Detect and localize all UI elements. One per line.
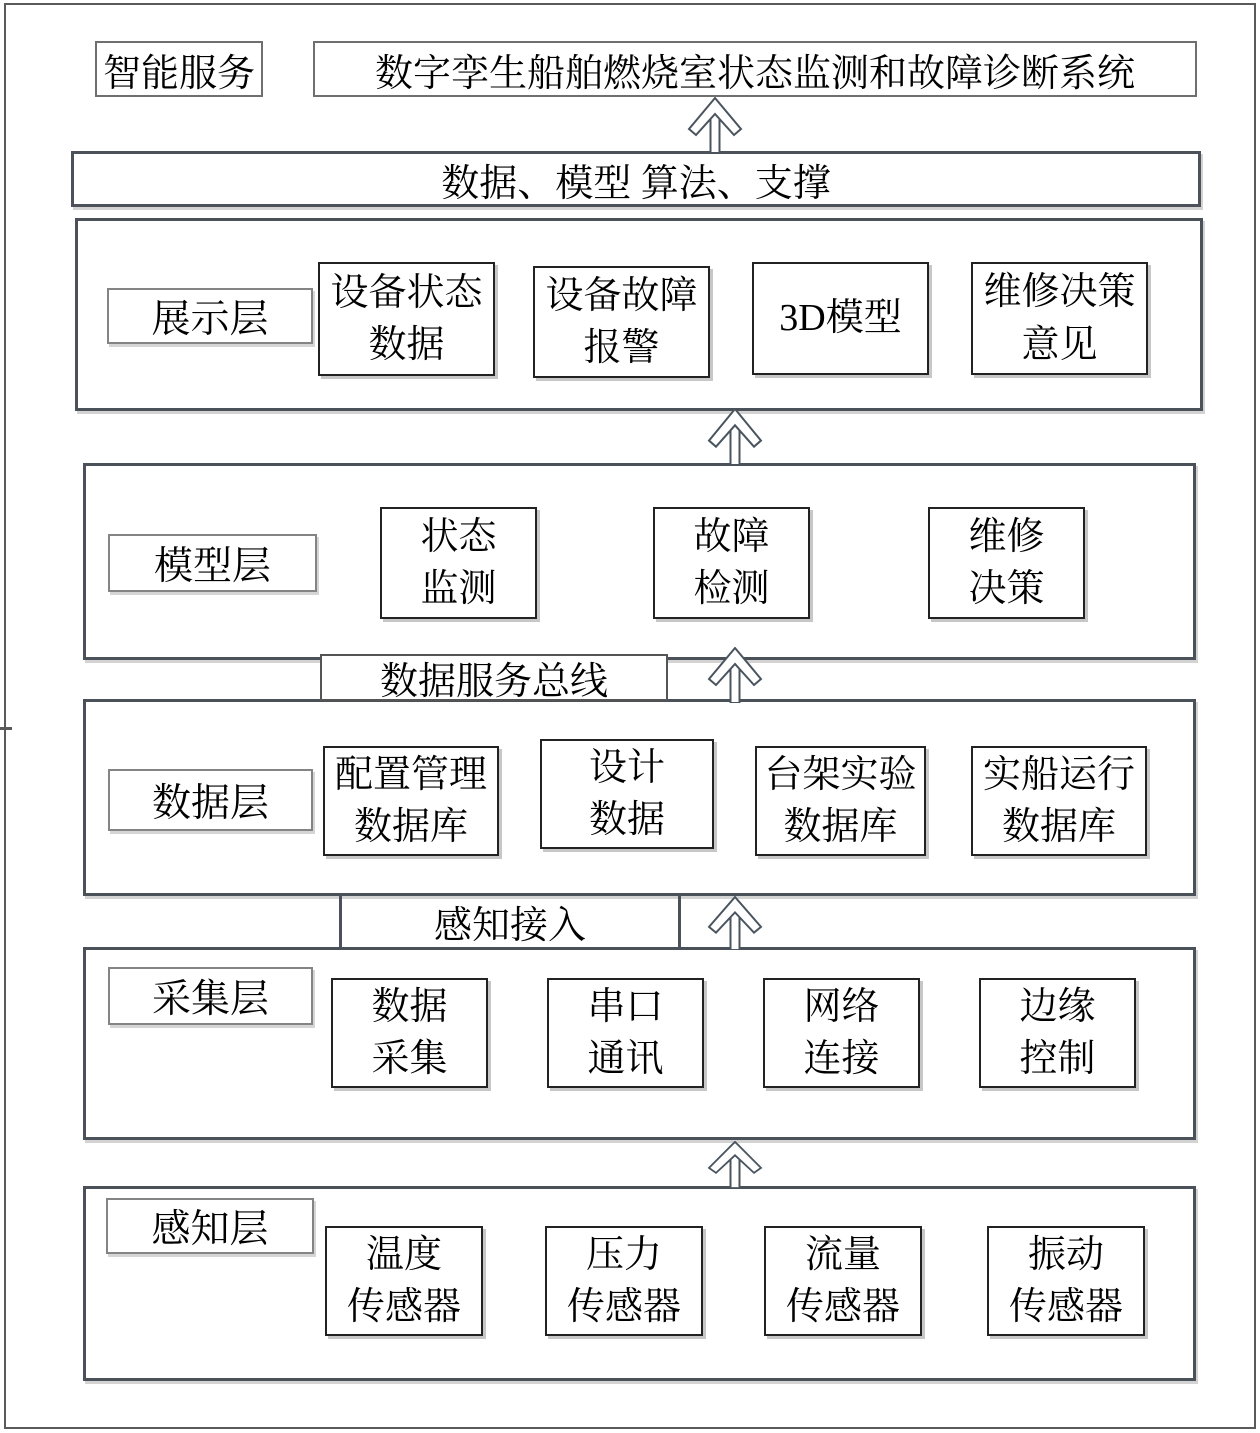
item-maintenance-decision: 维修 决策 bbox=[928, 507, 1085, 619]
item-device-status-data: 设备状态 数据 bbox=[318, 262, 495, 376]
item-serial-communication: 串口 通讯 bbox=[547, 978, 704, 1088]
architecture-diagram: 智能服务 数字孪生船舶燃烧室状态监测和故障诊断系统 数据、模型 算法、支撑 展示… bbox=[0, 0, 1260, 1433]
item-condition-monitoring: 状态 监测 bbox=[380, 507, 537, 619]
item-vibration-sensor: 振动 传感器 bbox=[987, 1226, 1145, 1336]
item-real-ship-operation-db: 实船运行 数据库 bbox=[971, 746, 1147, 856]
up-arrow-icon bbox=[706, 408, 764, 465]
item-edge-control: 边缘 控制 bbox=[979, 978, 1136, 1088]
item-temperature-sensor: 温度 传感器 bbox=[325, 1226, 483, 1336]
presentation-layer-label: 展示层 bbox=[107, 288, 313, 344]
up-arrow-icon bbox=[706, 896, 764, 950]
system-title-box: 数字孪生船舶燃烧室状态监测和故障诊断系统 bbox=[313, 41, 1197, 97]
acquisition-layer-label: 采集层 bbox=[108, 967, 313, 1025]
support-bar: 数据、模型 算法、支撑 bbox=[71, 151, 1201, 207]
item-pressure-sensor: 压力 传感器 bbox=[545, 1226, 703, 1336]
item-maintenance-advice: 维修决策 意见 bbox=[971, 262, 1148, 375]
up-arrow-icon bbox=[686, 97, 744, 153]
perception-layer-label: 感知层 bbox=[106, 1198, 314, 1254]
data-layer-label: 数据层 bbox=[108, 769, 313, 831]
frame-tick-mark bbox=[0, 727, 12, 730]
item-network-connection: 网络 连接 bbox=[763, 978, 920, 1088]
up-arrow-icon bbox=[706, 1141, 764, 1188]
data-service-bus-box: 数据服务总线 bbox=[320, 654, 668, 701]
item-fault-detection: 故障 检测 bbox=[653, 507, 810, 619]
item-3d-model: 3D模型 bbox=[752, 262, 929, 375]
item-design-data: 设计 数据 bbox=[540, 739, 714, 849]
item-data-acquisition: 数据 采集 bbox=[331, 978, 488, 1088]
item-config-management-db: 配置管理 数据库 bbox=[323, 746, 499, 856]
item-device-fault-alarm: 设备故障 报警 bbox=[533, 266, 710, 378]
up-arrow-icon bbox=[706, 647, 764, 703]
item-flow-sensor: 流量 传感器 bbox=[764, 1226, 922, 1336]
perception-access-band: 感知接入 bbox=[339, 896, 681, 947]
model-layer-label: 模型层 bbox=[108, 534, 317, 592]
intelligent-service-box: 智能服务 bbox=[95, 41, 263, 97]
item-bench-test-db: 台架实验 数据库 bbox=[755, 746, 926, 856]
